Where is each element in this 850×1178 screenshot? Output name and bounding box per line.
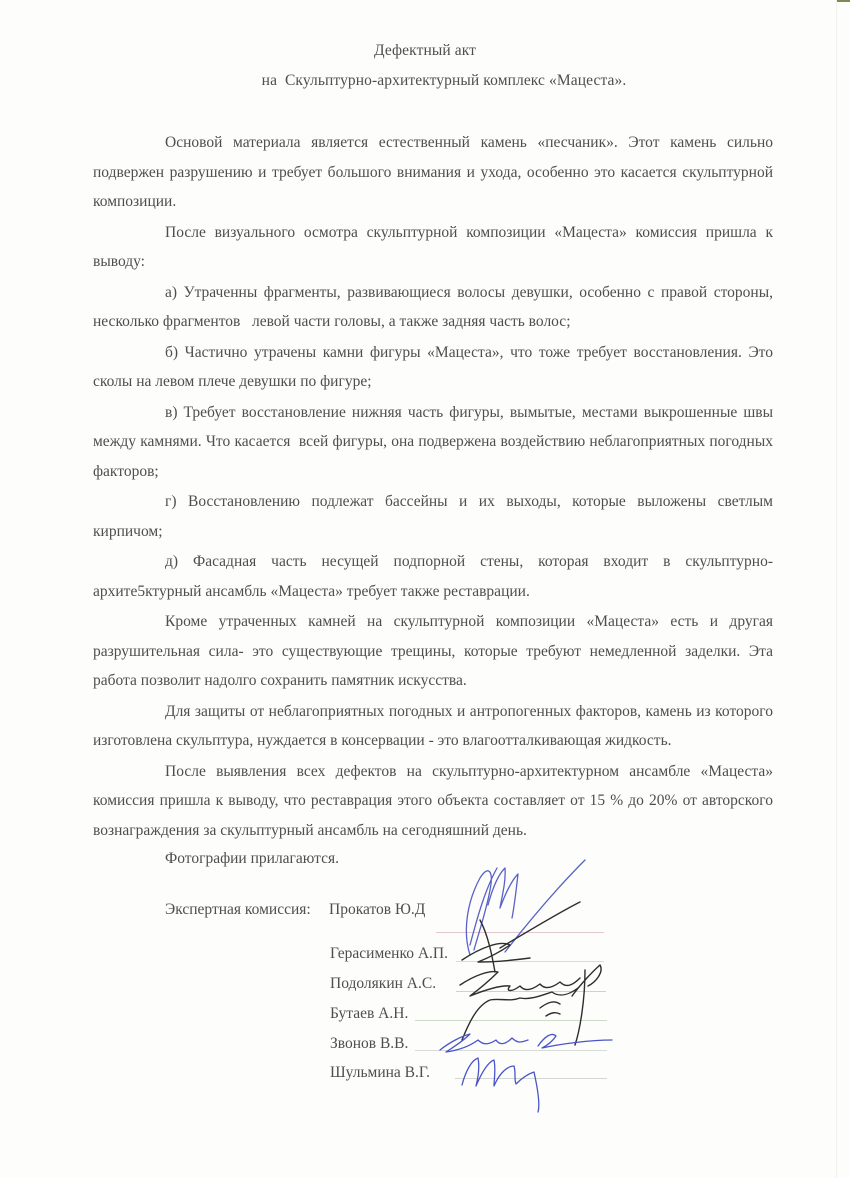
scan-edge-mark [837, 0, 850, 2]
paragraph-item-v: в) Требует восстановление нижняя часть ф… [93, 398, 773, 487]
commission-member: Подолякин А.С. [330, 975, 436, 993]
paragraph-conclusion: После выявления всех дефектов на скульпт… [93, 757, 773, 846]
paragraph-item-a: а) Утраченны фрагменты, развивающиеся во… [93, 278, 773, 337]
scanned-page: Дефектный акт на Скульптурно-архитектурн… [0, 0, 850, 1178]
signature-podolyakin [460, 965, 601, 1045]
commission-member: Бутаев А.Н. [330, 1005, 408, 1023]
document-subtitle: на Скульптурно-архитектурный комплекс «М… [0, 72, 850, 90]
signature-line [456, 961, 604, 962]
commission-member: Прокатов Ю.Д [329, 901, 425, 919]
signature-line [455, 1078, 607, 1079]
commission-member: Шульмина В.Г. [330, 1064, 430, 1082]
paragraph-item-g: г) Восстановлению подлежат бассейны и их… [93, 487, 773, 546]
scan-edge-line [836, 0, 837, 1178]
paragraph-conservation: Для защиты от неблагоприятных погодных и… [93, 697, 773, 756]
paragraph-cracks: Кроме утраченных камней на скульптурной … [93, 607, 773, 696]
signature-line [456, 991, 606, 992]
paragraph-inspection: После визуального осмотра скульптурной к… [93, 218, 773, 277]
commission-member: Герасименко А.П. [330, 945, 448, 963]
photos-note: Фотографии прилагаются. [165, 850, 339, 868]
signature-line [415, 1050, 607, 1051]
signature-shulmina [462, 1058, 539, 1112]
commission-member: Звонов В.В. [330, 1035, 408, 1053]
paragraph-item-d: д) Фасадная часть несущей подпорной стен… [93, 547, 773, 606]
paragraph-material: Основой материала является естественный … [93, 128, 773, 217]
signature-line [436, 932, 604, 933]
signature-line [415, 1020, 607, 1021]
commission-label: Экспертная комиссия: [165, 901, 311, 919]
signature-prokatov [466, 860, 585, 955]
document-title: Дефектный акт [0, 42, 850, 60]
paragraph-item-b: б) Частично утрачены камни фигуры «Мацес… [93, 338, 773, 397]
document-body: Основой материала является естественный … [93, 128, 773, 845]
